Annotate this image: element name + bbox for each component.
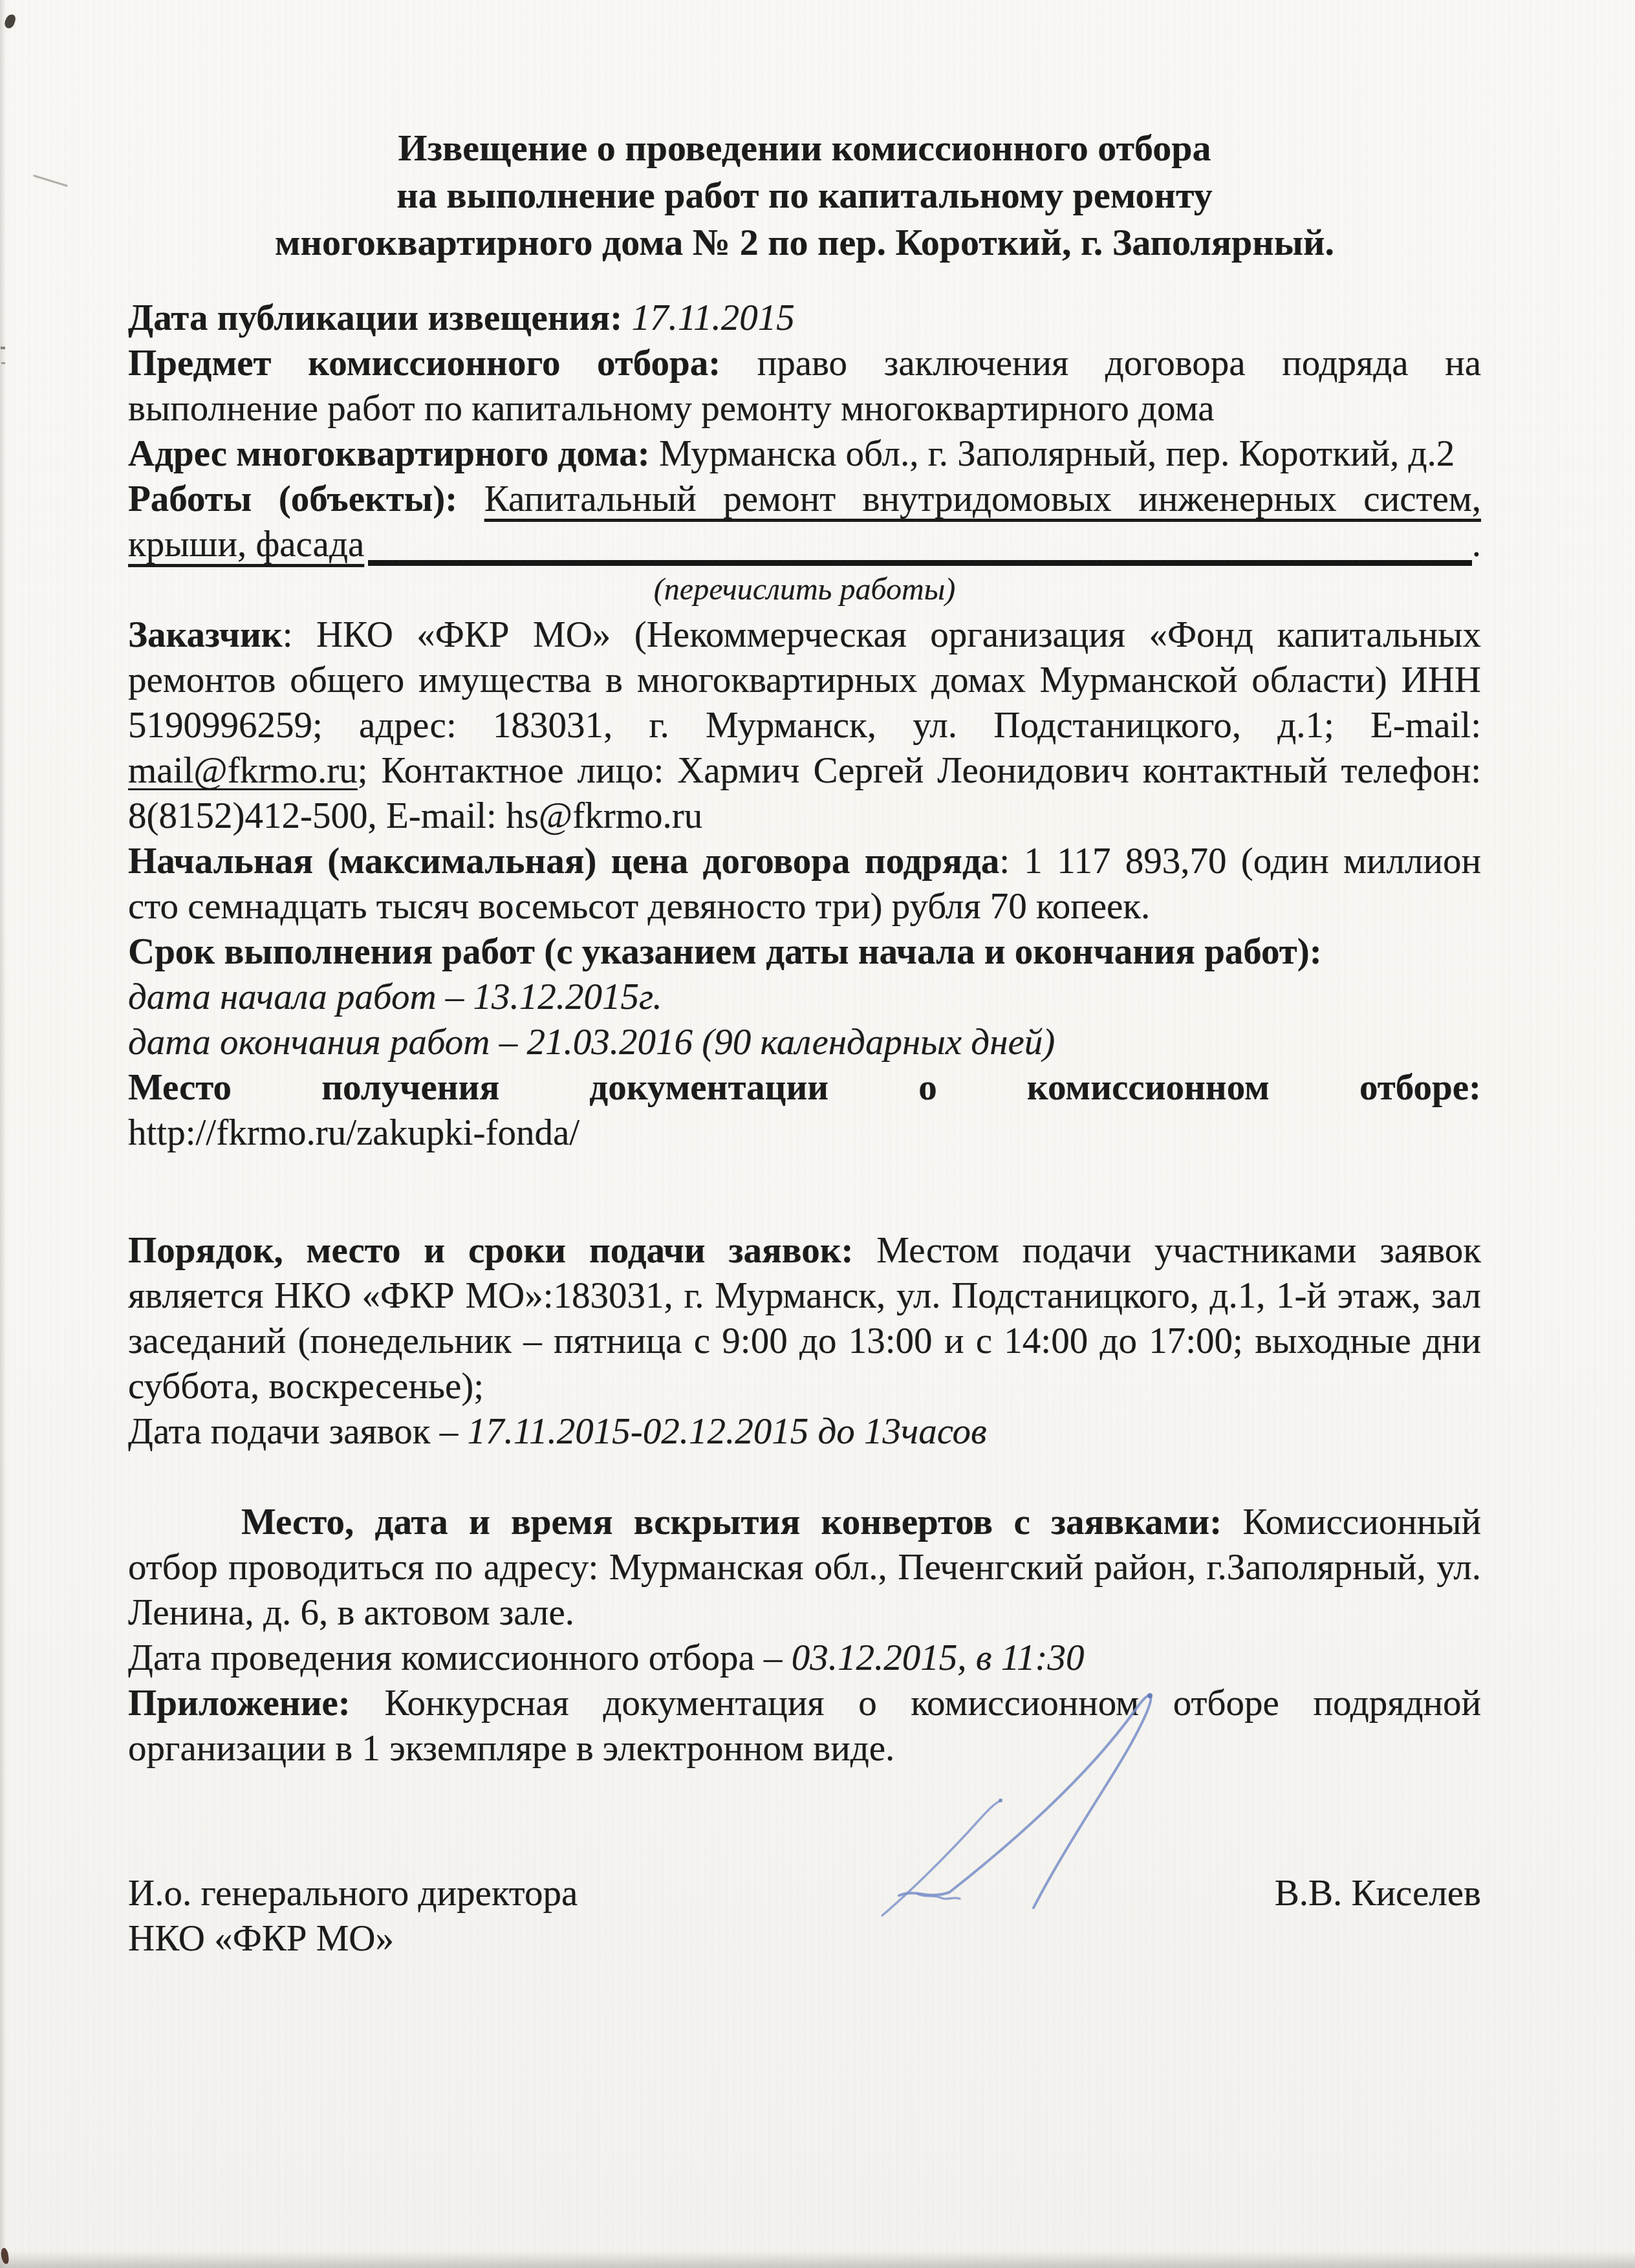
signatory-position-line-1: И.о. генерального директора [128,1871,578,1916]
publication-date-value: 17.11.2015 [631,297,794,338]
spacer [128,1454,1481,1500]
works-line-2: крыши, фасада. [128,522,1481,567]
signatory-name: В.В. Киселев [1275,1871,1481,1916]
customer-paragraph: Заказчик: НКО «ФКР МО» (Некоммерческая о… [128,612,1481,839]
title-line-3: многоквартирного дома № 2 по пер. Коротк… [128,219,1481,266]
submission-date-line: Дата подачи заявок – 17.11.2015-02.12.20… [128,1409,1481,1454]
title-line-1: Извещение о проведении комиссионного отб… [128,124,1481,171]
publication-date-label: Дата публикации извещения: [128,297,631,338]
scan-edge-left [0,0,6,2268]
customer-text-1: : НКО «ФКР МО» (Некоммерческая организац… [128,614,1481,746]
title-line-2: на выполнение работ по капитальному ремо… [128,171,1481,219]
opening-date-value: 03.12.2015, в 11:30 [792,1637,1085,1678]
scan-edge-bottom [0,2251,1635,2268]
signature-block: И.о. генерального директора НКО «ФКР МО»… [128,1871,1481,1961]
price-label: Начальная (максимальная) цена договора п… [128,841,999,881]
works-text-line-1: Капитальный ремонт внутридомовых инженер… [484,479,1481,519]
customer-email: mail@fkrmo.ru [128,750,358,791]
scan-edge-tick-2 [1,362,5,364]
subject-label: Предмет комиссионного отбора: [128,343,757,383]
submission-paragraph: Порядок, место и сроки подачи заявок: Ме… [128,1228,1481,1409]
opening-paragraph: Место, дата и время вскрытия конвертов с… [128,1500,1481,1636]
term-end-value: дата окончания работ – 21.03.2016 (90 ка… [128,1022,1055,1063]
submission-date-value: 17.11.2015-02.12.2015 до 13часов [467,1411,986,1452]
works-note: (перечислить работы) [128,567,1481,612]
price-paragraph: Начальная (максимальная) цена договора п… [128,839,1481,929]
subject-paragraph: Предмет комиссионного отбора: право закл… [128,341,1481,431]
term-start-value: дата начала работ – 13.12.2015г. [128,977,662,1017]
scanned-document-page: Извещение о проведении комиссионного отб… [0,0,1635,2268]
opening-date-line: Дата проведения комиссионного отбора – 0… [128,1636,1481,1681]
address-paragraph: Адрес многоквартирного дома: Мурманска о… [128,431,1481,477]
works-line-1: Работы (объекты): Капитальный ремонт вну… [128,477,1481,522]
works-line-end-period: . [1472,522,1481,567]
address-text: Мурманска обл., г. Заполярный, пер. Коро… [659,433,1455,474]
customer-label: Заказчик [128,614,283,655]
document-title: Извещение о проведении комиссионного отб… [128,124,1481,266]
signatory-position-line-2: НКО «ФКР МО» [128,1916,578,1961]
publication-date-line: Дата публикации извещения: 17.11.2015 [128,296,1481,341]
document-body: Извещение о проведении комиссионного отб… [128,124,1481,1771]
attachment-paragraph: Приложение: Конкурсная документация о ко… [128,1681,1481,1771]
docs-place-label-line: Место получения документации о комиссион… [128,1065,1481,1110]
works-text-line-2: крыши, фасада [128,522,364,567]
submission-label: Порядок, место и сроки подачи заявок: [128,1230,876,1271]
address-label: Адрес многоквартирного дома: [128,433,659,474]
works-label: Работы (объекты): [128,479,484,519]
spacer [128,1156,1481,1228]
term-label-line: Срок выполнения работ (с указанием даты … [128,929,1481,975]
opening-date-label: Дата проведения комиссионного отбора – [128,1637,792,1678]
docs-place-label: Место получения документации о комиссион… [128,1067,1481,1108]
scan-mark-diagonal [33,175,68,187]
docs-place-url: http://fkrmo.ru/zakupki-fonda/ [128,1112,579,1153]
term-label: Срок выполнения работ (с указанием даты … [128,931,1322,972]
docs-place-url-line: http://fkrmo.ru/zakupki-fonda/ [128,1110,1481,1156]
submission-date-label: Дата подачи заявок – [128,1411,467,1452]
attachment-label: Приложение: [128,1683,384,1723]
opening-label: Место, дата и время вскрытия конвертов с… [241,1502,1242,1542]
term-end-line: дата окончания работ – 21.03.2016 (90 ка… [128,1020,1481,1065]
scan-edge-tick-1 [1,347,5,349]
term-start-line: дата начала работ – 13.12.2015г. [128,975,1481,1020]
blank-underline-rule [368,560,1472,566]
signatory-position: И.о. генерального директора НКО «ФКР МО» [128,1871,578,1961]
